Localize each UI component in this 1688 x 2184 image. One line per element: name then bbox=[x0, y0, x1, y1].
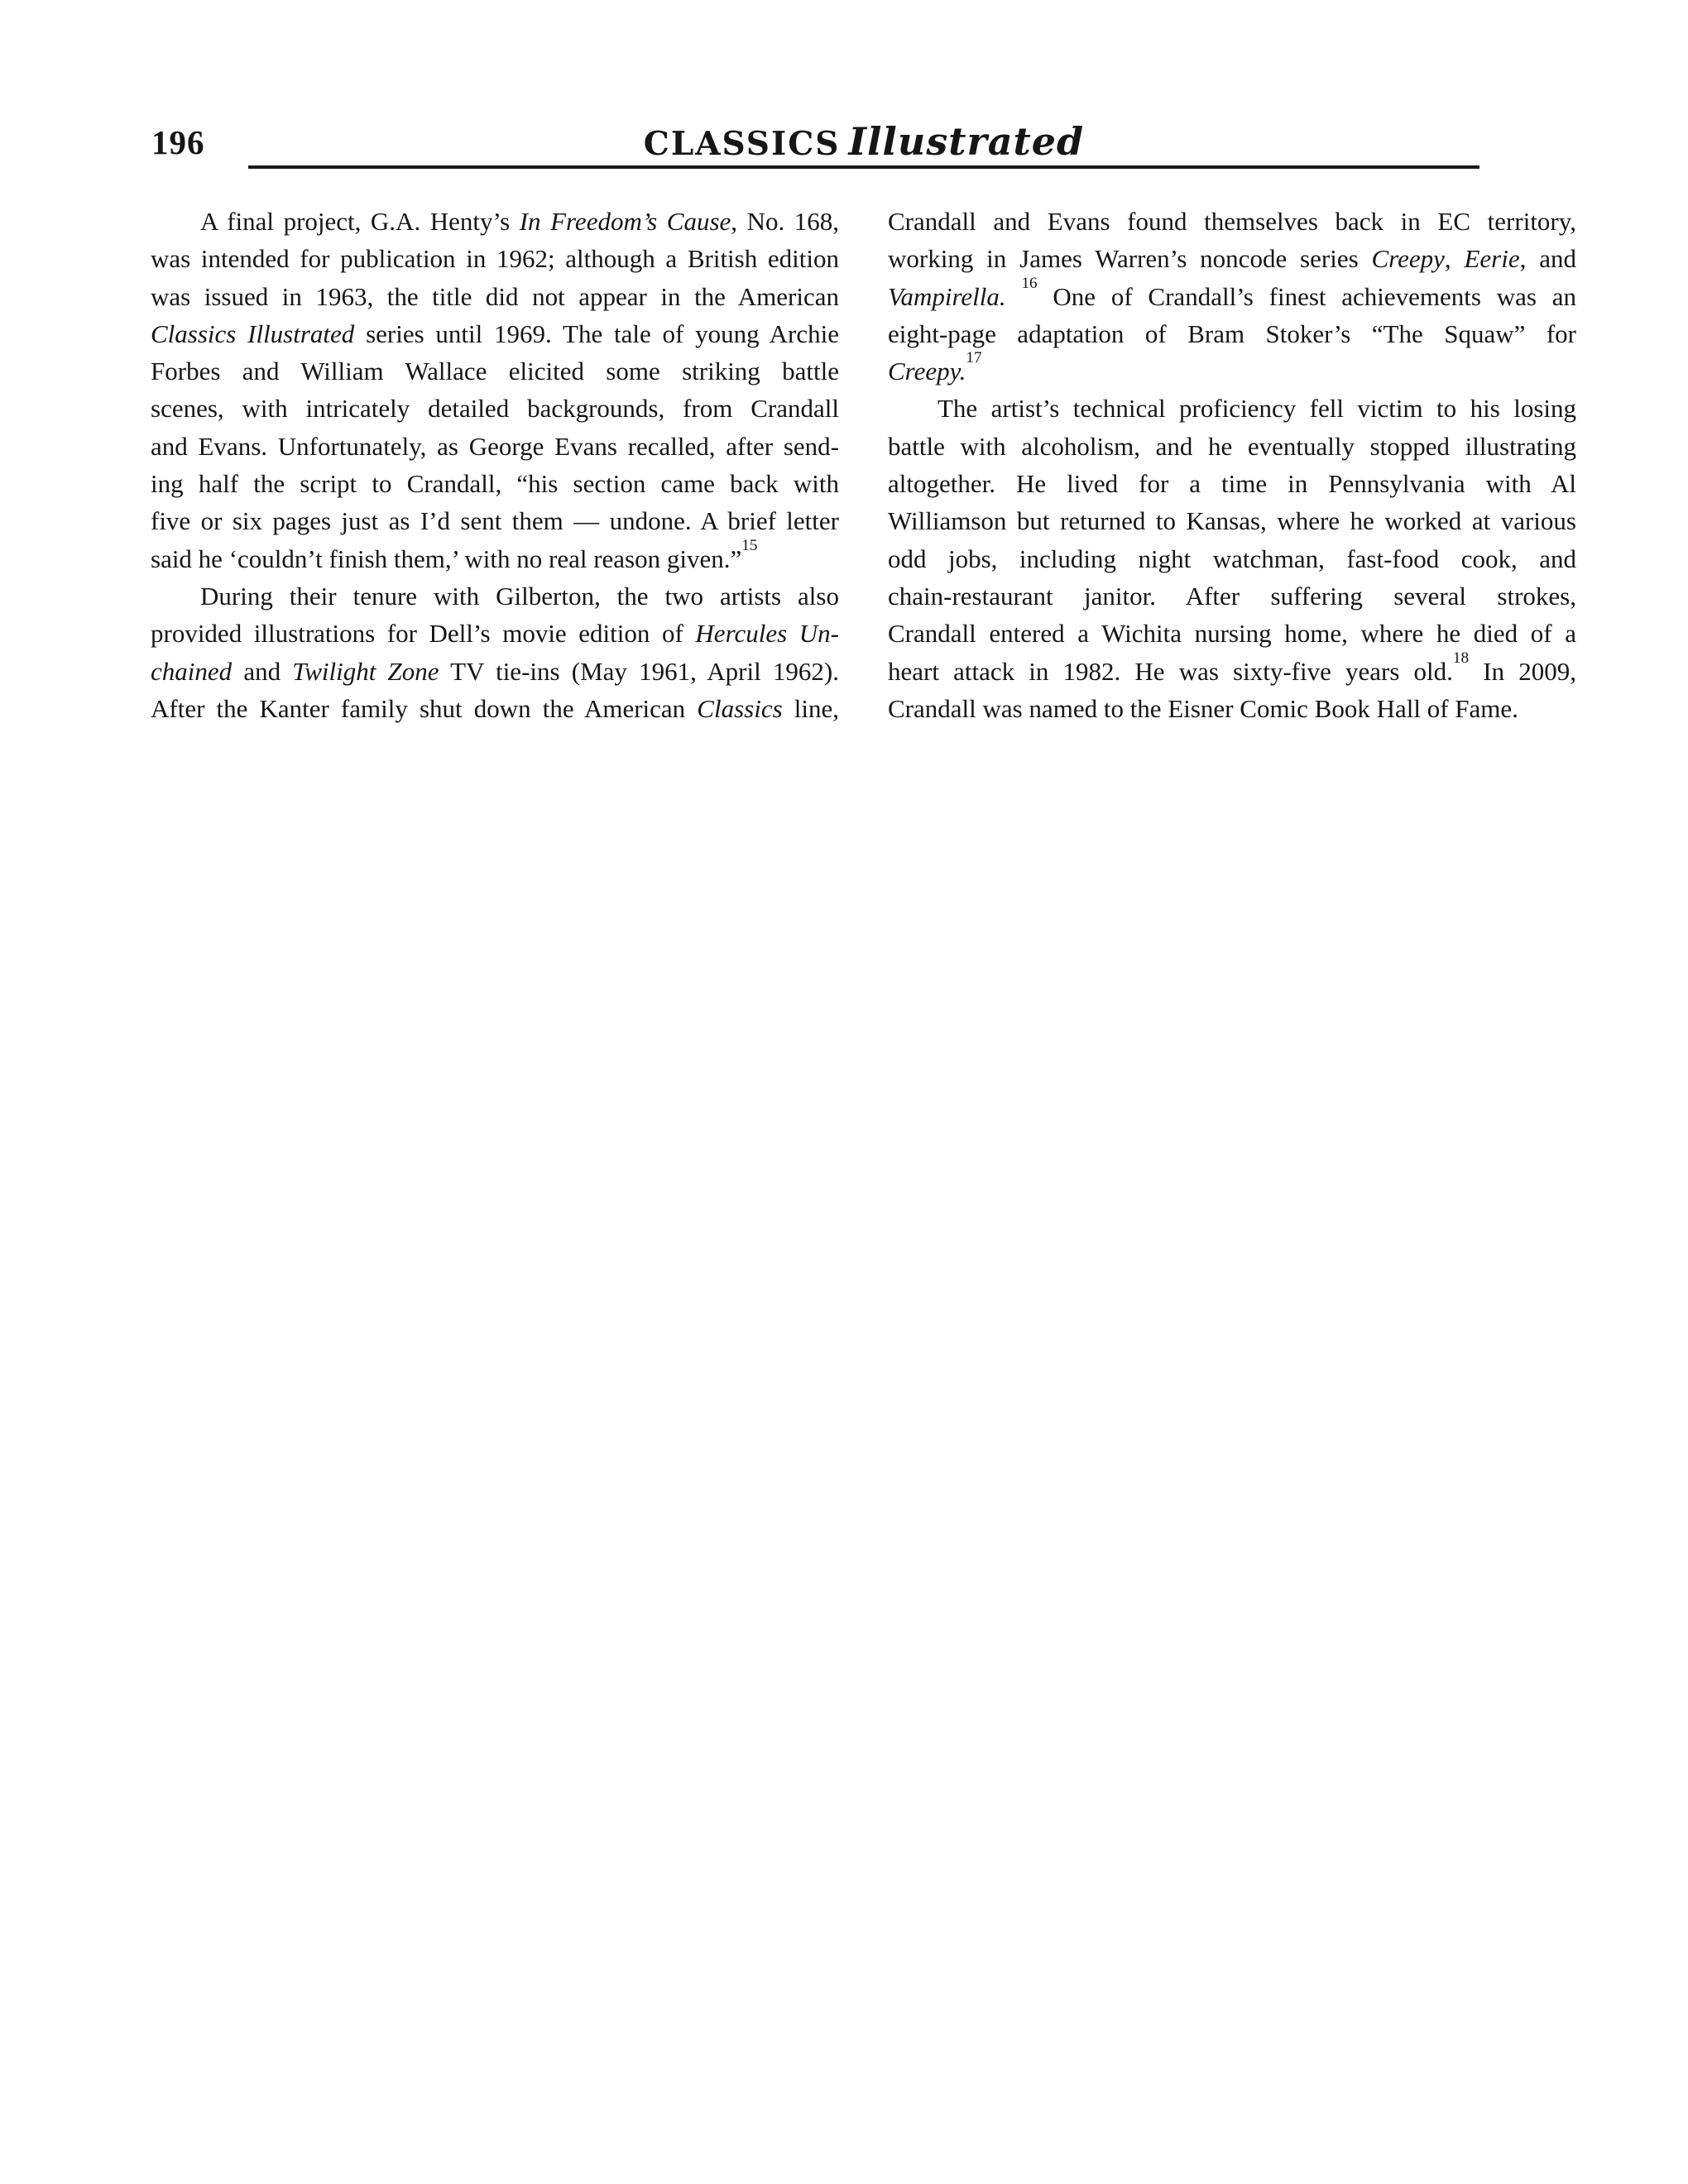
footnote-ref: 15 bbox=[741, 537, 757, 554]
text-line: altogether. He lived for a time in Penns… bbox=[888, 465, 1576, 502]
body-text: and bbox=[232, 657, 292, 686]
body-text: , No. 168, bbox=[731, 207, 839, 236]
footnote-ref: 17 bbox=[966, 349, 981, 366]
footnote-ref: 16 bbox=[1021, 275, 1037, 292]
italic-text: chained bbox=[151, 657, 232, 686]
body-text: One of Crandall’s finest achievements wa… bbox=[1038, 282, 1576, 311]
body-text: was issued in 1963, the title did not ap… bbox=[151, 282, 839, 311]
body-text: was intended for publication in 1962; al… bbox=[151, 244, 839, 273]
text-line: Crandall entered a Wichita nursing home,… bbox=[888, 615, 1576, 652]
text-line: chain-restaurant janitor. After sufferin… bbox=[888, 577, 1576, 615]
italic-text: Creepy. bbox=[888, 357, 966, 386]
body-text: The artist’s technical proficiency fell … bbox=[938, 394, 1576, 423]
text-line: After the Kanter family shut down the Am… bbox=[151, 690, 839, 727]
body-text: Crandall was named to the Eisner Comic B… bbox=[888, 694, 1518, 723]
text-line: said he ‘couldn’t finish them,’ with no … bbox=[151, 540, 839, 577]
italic-text: Classics Illustrated bbox=[151, 319, 354, 348]
text-line: Classics Illustrated series until 1969. … bbox=[151, 315, 839, 352]
text-line: scenes, with intricately detailed backgr… bbox=[151, 390, 839, 427]
text-line: odd jobs, including night watchman, fast… bbox=[888, 540, 1576, 577]
italic-text: Eerie bbox=[1464, 244, 1519, 273]
footnote-ref: 18 bbox=[1453, 649, 1469, 667]
text-column-left: A final project, G.A. Henty’s In Freedom… bbox=[151, 203, 839, 727]
body-text: Crandall entered a Wichita nursing home,… bbox=[888, 619, 1576, 648]
text-line: Vampirella. 16 One of Crandall’s finest … bbox=[888, 278, 1576, 315]
text-line: ing half the script to Crandall, “his se… bbox=[151, 465, 839, 502]
text-line: eight-page adaptation of Bram Stoker’s “… bbox=[888, 315, 1576, 352]
body-text: ing half the script to Crandall, “his se… bbox=[151, 469, 839, 498]
body-text: working in James Warren’s noncode series bbox=[888, 244, 1372, 273]
body-text: altogether. He lived for a time in Penns… bbox=[888, 469, 1576, 498]
body-text: said he ‘couldn’t finish them,’ with no … bbox=[151, 544, 741, 573]
text-line: was intended for publication in 1962; al… bbox=[151, 240, 839, 277]
header-title-script: Illustrated bbox=[848, 119, 1084, 164]
book-page: 196 CLASSICSIllustrated A final project,… bbox=[0, 0, 1688, 2184]
text-line: chained and Twilight Zone TV tie-ins (Ma… bbox=[151, 653, 839, 690]
body-text: Williamson but returned to Kansas, where… bbox=[888, 506, 1576, 535]
text-line: provided illustrations for Dell’s movie … bbox=[151, 615, 839, 652]
body-text: TV tie-ins (May 1961, April 1962). bbox=[439, 657, 839, 686]
body-text: battle with alcoholism, and he eventuall… bbox=[888, 432, 1576, 461]
body-text: chain-restaurant janitor. After sufferin… bbox=[888, 582, 1576, 611]
italic-text: In Freedom’s Cause bbox=[520, 207, 731, 236]
body-text: In 2009, bbox=[1469, 657, 1576, 686]
italic-text: Twilight Zone bbox=[292, 657, 439, 686]
text-line: battle with alcoholism, and he eventuall… bbox=[888, 428, 1576, 465]
body-text: After the Kanter family shut down the Am… bbox=[151, 694, 697, 723]
text-line: Crandall was named to the Eisner Comic B… bbox=[888, 690, 1576, 727]
text-line: Forbes and William Wallace elicited some… bbox=[151, 352, 839, 390]
body-text: five or six pages just as I’d sent them … bbox=[151, 506, 839, 535]
italic-text: Vampirella. bbox=[888, 282, 1006, 311]
text-line: A final project, G.A. Henty’s In Freedom… bbox=[151, 203, 839, 240]
body-text: and Evans. Unfortunately, as George Evan… bbox=[151, 432, 839, 461]
body-text: scenes, with intricately detailed backgr… bbox=[151, 394, 839, 423]
body-text: Crandall and Evans found themselves back… bbox=[888, 207, 1576, 236]
text-line: working in James Warren’s noncode series… bbox=[888, 240, 1576, 277]
page-number: 196 bbox=[151, 124, 205, 161]
header-title-roman: CLASSICS bbox=[644, 125, 841, 163]
body-text: Forbes and William Wallace elicited some… bbox=[151, 357, 839, 386]
running-header: CLASSICSIllustrated bbox=[644, 121, 1084, 172]
text-column-right: Crandall and Evans found themselves back… bbox=[888, 203, 1576, 727]
body-text: eight-page adaptation of Bram Stoker’s “… bbox=[888, 319, 1576, 348]
header-rule bbox=[248, 165, 1479, 169]
body-text: line, bbox=[783, 694, 839, 723]
body-text: During their tenure with Gilberton, the … bbox=[200, 582, 839, 611]
text-line: Creepy.17 bbox=[888, 352, 1576, 390]
body-text: A final project, G.A. Henty’s bbox=[200, 207, 520, 236]
body-text: , bbox=[1445, 244, 1465, 273]
body-text: , and bbox=[1520, 244, 1576, 273]
body-text: odd jobs, including night watchman, fast… bbox=[888, 544, 1576, 573]
text-columns: A final project, G.A. Henty’s In Freedom… bbox=[151, 203, 1576, 727]
text-line: During their tenure with Gilberton, the … bbox=[151, 577, 839, 615]
body-text bbox=[1006, 282, 1022, 311]
body-text: series until 1969. The tale of young Arc… bbox=[354, 319, 839, 348]
text-line: The artist’s technical proficiency fell … bbox=[888, 390, 1576, 427]
text-line: was issued in 1963, the title did not ap… bbox=[151, 278, 839, 315]
italic-text: Creepy bbox=[1372, 244, 1445, 273]
body-text: provided illustrations for Dell’s movie … bbox=[151, 619, 695, 648]
text-line: Crandall and Evans found themselves back… bbox=[888, 203, 1576, 240]
italic-text: Classics bbox=[697, 694, 782, 723]
body-text: heart attack in 1982. He was sixty-five … bbox=[888, 657, 1453, 686]
italic-text: Hercules Un- bbox=[695, 619, 839, 648]
text-line: heart attack in 1982. He was sixty-five … bbox=[888, 653, 1576, 690]
text-line: and Evans. Unfortunately, as George Evan… bbox=[151, 428, 839, 465]
text-line: five or six pages just as I’d sent them … bbox=[151, 502, 839, 539]
text-line: Williamson but returned to Kansas, where… bbox=[888, 502, 1576, 539]
